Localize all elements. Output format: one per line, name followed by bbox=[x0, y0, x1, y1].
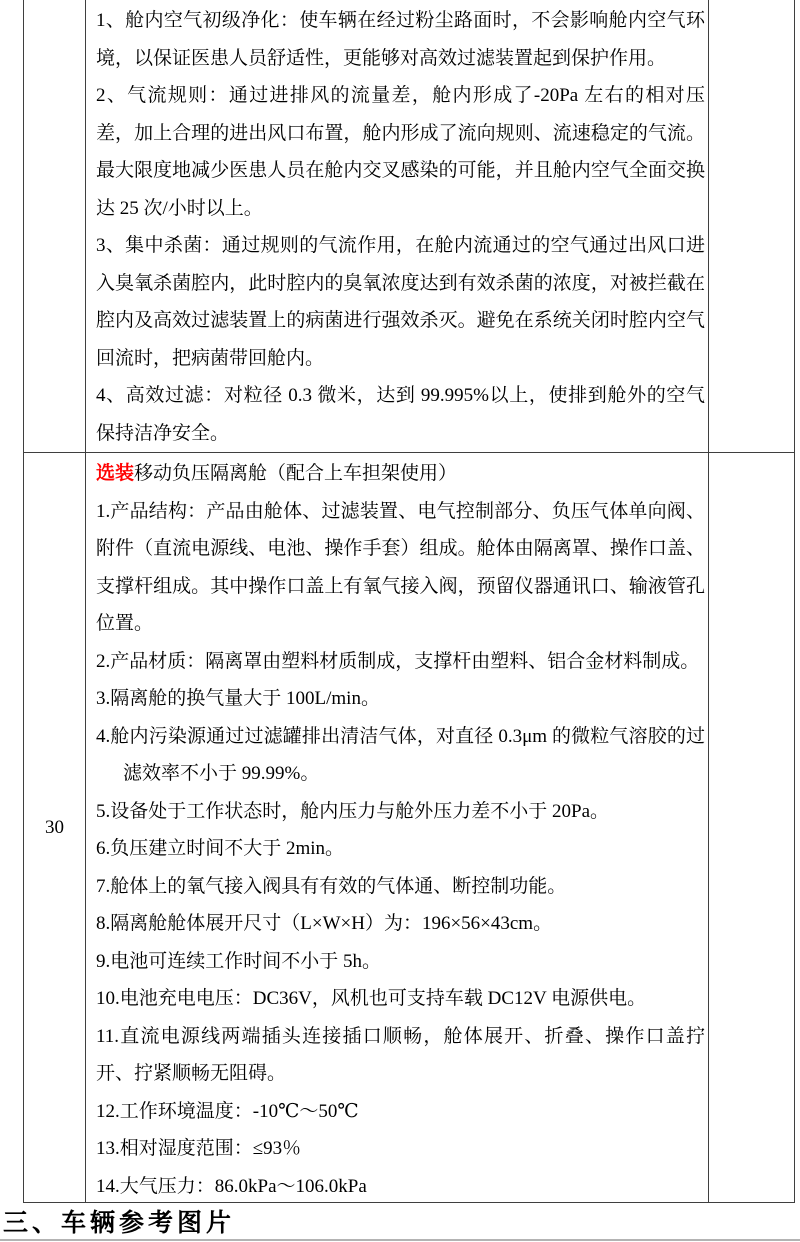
isolation-item-material: 2.产品材质：隔离罩由塑料材质制成，支撑杆由塑料、铝合金材料制成。 bbox=[96, 643, 705, 681]
isolation-item-pressure-range: 14.大气压力：86.0kPa～106.0kPa bbox=[96, 1168, 705, 1203]
spec-paragraph-hepa-filter: 4、高效过滤：对粒径 0.3 微米，达到 99.995%以上，使排到舱外的空气保… bbox=[96, 377, 705, 452]
row2-number-cell: 30 bbox=[24, 453, 86, 1202]
optional-module-heading: 选装移动负压隔离舱（配合上车担架使用） bbox=[96, 455, 705, 493]
row1-number-cell bbox=[24, 0, 86, 453]
document-page: 1、舱内空气初级净化：使车辆在经过粉尘路面时，不会影响舱内空气环境，以保证医患人… bbox=[0, 0, 800, 1242]
spec-paragraph-airflow-rules: 2、气流规则：通过进排风的流量差，舱内形成了-20Pa 左右的相对压差，加上合理… bbox=[96, 77, 705, 227]
isolation-item-setup-time: 6.负压建立时间不大于 2min。 bbox=[96, 830, 705, 868]
next-table-top-border bbox=[0, 1239, 800, 1241]
spec-table: 1、舱内空气初级净化：使车辆在经过粉尘路面时，不会影响舱内空气环境，以保证医患人… bbox=[23, 0, 795, 1203]
row1-content-cell: 1、舱内空气初级净化：使车辆在经过粉尘路面时，不会影响舱内空气环境，以保证医患人… bbox=[86, 0, 709, 453]
isolation-item-humidity: 13.相对湿度范围：≤93％ bbox=[96, 1130, 705, 1168]
optional-label: 选装 bbox=[96, 463, 134, 484]
isolation-item-dimensions: 8.隔离舱舱体展开尺寸（L×W×H）为：196×56×43cm。 bbox=[96, 905, 705, 943]
isolation-item-temperature: 12.工作环境温度：-10℃～50℃ bbox=[96, 1093, 705, 1131]
isolation-item-pressure-diff: 5.设备处于工作状态时，舱内压力与舱外压力差不小于 20Pa。 bbox=[96, 793, 705, 831]
row2-remark-cell bbox=[709, 453, 794, 1202]
section-heading-vehicle-photos: 三、车辆参考图片 bbox=[3, 1206, 235, 1240]
isolation-item-charging-voltage: 10.电池充电电压：DC36V，风机也可支持车载 DC12V 电源供电。 bbox=[96, 980, 705, 1018]
isolation-item-structure: 1.产品结构：产品由舱体、过滤装置、电气控制部分、负压气体单向阀、附件（直流电源… bbox=[96, 493, 705, 643]
optional-heading-text: 移动负压隔离舱（配合上车担架使用） bbox=[134, 463, 457, 484]
isolation-item-oxygen-valve: 7.舱体上的氧气接入阀具有有效的气体通、断控制功能。 bbox=[96, 868, 705, 906]
isolation-item-battery-life: 9.电池可连续工作时间不小于 5h。 bbox=[96, 943, 705, 981]
isolation-item-ventilation: 3.隔离舱的换气量大于 100L/min。 bbox=[96, 680, 705, 718]
spec-paragraph-air-purification: 1、舱内空气初级净化：使车辆在经过粉尘路面时，不会影响舱内空气环境，以保证医患人… bbox=[96, 2, 705, 77]
isolation-item-filtration: 4.舱内污染源通过过滤罐排出清洁气体，对直径 0.3μm 的微粒气溶胶的过滤效率… bbox=[96, 718, 705, 793]
row2-content-cell: 选装移动负压隔离舱（配合上车担架使用） 1.产品结构：产品由舱体、过滤装置、电气… bbox=[86, 453, 709, 1202]
spec-paragraph-sterilization: 3、集中杀菌：通过规则的气流作用，在舱内流通过的空气通过出风口进入臭氧杀菌腔内，… bbox=[96, 227, 705, 377]
isolation-item-dc-cable: 11.直流电源线两端插头连接插口顺畅，舱体展开、折叠、操作口盖拧开、拧紧顺畅无阻… bbox=[96, 1018, 705, 1093]
row-number: 30 bbox=[45, 818, 64, 837]
row1-remark-cell bbox=[709, 0, 794, 453]
